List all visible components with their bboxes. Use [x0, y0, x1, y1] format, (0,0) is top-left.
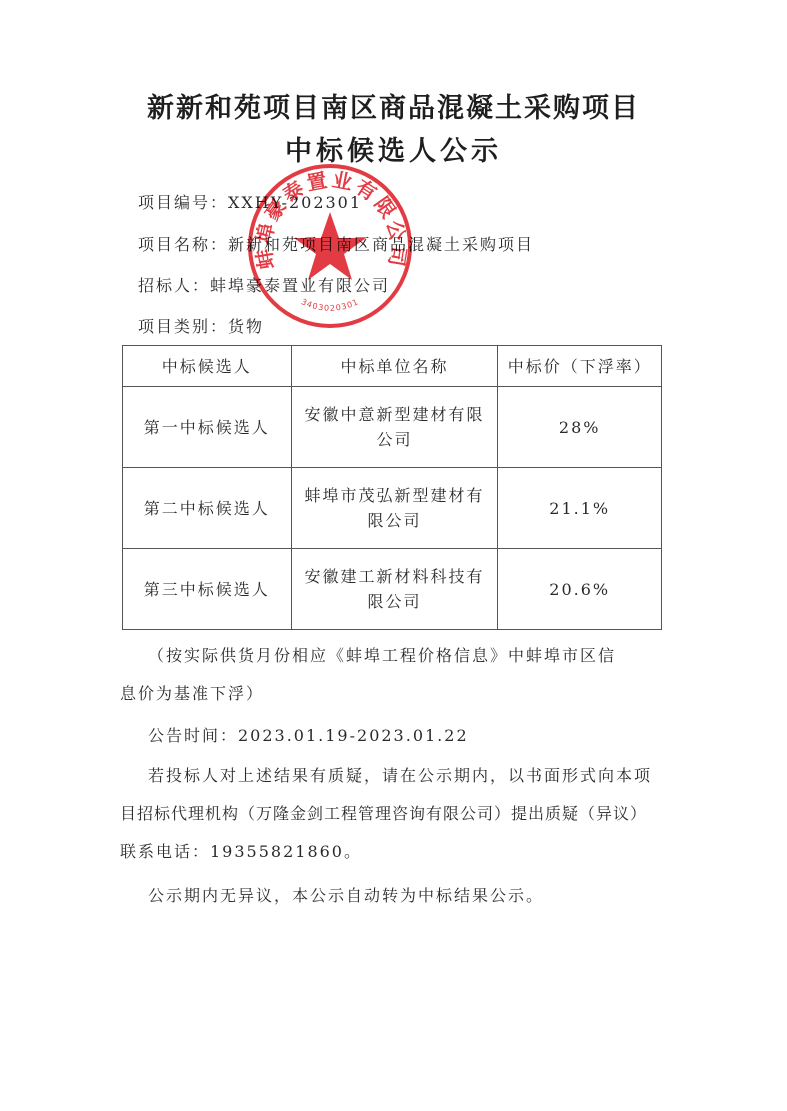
document-subtitle: 中标候选人公示	[0, 129, 787, 168]
bid-rate: 21.1%	[498, 468, 662, 549]
objection-line2: 目招标代理机构（万隆金剑工程管理咨询有限公司）提出质疑（异议）	[120, 795, 665, 833]
candidate-rank: 第一中标候选人	[123, 387, 292, 468]
company-name-line1: 安徽建工新材料科技有	[298, 564, 492, 589]
project-number-label: 项目编号：	[138, 193, 228, 212]
project-name-line: 项目名称：新新和苑项目南区商品混凝土采购项目	[138, 232, 534, 255]
company-name-line2: 限公司	[298, 508, 492, 533]
svg-text:蚌埠豪泰置业有限公司: 蚌埠豪泰置业有限公司	[251, 167, 411, 271]
announce-time: 公告时间：2023.01.19-2023.01.22	[120, 717, 665, 755]
document-title: 新新和苑项目南区商品混凝土采购项目	[0, 86, 787, 125]
project-number-value: XXHY-202301	[228, 193, 362, 212]
bid-rate: 20.6%	[498, 549, 662, 630]
tenderer-value: 蚌埠豪泰置业有限公司	[210, 276, 390, 295]
company-name: 安徽建工新材料科技有 限公司	[291, 549, 498, 630]
company-name-line2: 公司	[298, 427, 492, 452]
header-company: 中标单位名称	[291, 346, 498, 387]
closing-statement: 公示期内无异议，本公示自动转为中标结果公示。	[120, 877, 665, 915]
project-number-line: 项目编号：XXHY-202301	[138, 190, 362, 213]
candidates-table: 中标候选人 中标单位名称 中标价（下浮率） 第一中标候选人 安徽中意新型建材有限…	[122, 345, 662, 630]
contact-phone: 联系电话：19355821860。	[120, 833, 665, 871]
price-note-line1: （按实际供货月份相应《蚌埠工程价格信息》中蚌埠市区信	[120, 637, 665, 675]
objection-paragraph: 若投标人对上述结果有质疑，请在公示期内，以书面形式向本项 目招标代理机构（万隆金…	[120, 757, 665, 871]
project-category-line: 项目类别：货物	[138, 314, 264, 337]
table-header-row: 中标候选人 中标单位名称 中标价（下浮率）	[123, 346, 662, 387]
project-category-value: 货物	[228, 317, 264, 336]
closing-text: 公示期内无异议，本公示自动转为中标结果公示。	[120, 877, 665, 915]
header-candidate: 中标候选人	[123, 346, 292, 387]
tenderer-line: 招标人：蚌埠豪泰置业有限公司	[138, 273, 390, 296]
tenderer-label: 招标人：	[138, 276, 210, 295]
table-row: 第三中标候选人 安徽建工新材料科技有 限公司 20.6%	[123, 549, 662, 630]
svg-text:3403020301: 3403020301	[300, 297, 360, 313]
company-name-line1: 蚌埠市茂弘新型建材有	[298, 483, 492, 508]
company-name: 安徽中意新型建材有限 公司	[291, 387, 498, 468]
project-name-value: 新新和苑项目南区商品混凝土采购项目	[228, 235, 534, 254]
project-category-label: 项目类别：	[138, 317, 228, 336]
objection-line1: 若投标人对上述结果有质疑，请在公示期内，以书面形式向本项	[120, 757, 665, 795]
company-name-line1: 安徽中意新型建材有限	[298, 402, 492, 427]
bid-rate: 28%	[498, 387, 662, 468]
document-page: 新新和苑项目南区商品混凝土采购项目 中标候选人公示 项目编号：XXHY-2023…	[0, 0, 787, 1111]
project-name-label: 项目名称：	[138, 235, 228, 254]
price-note-line2: 息价为基准下浮）	[120, 675, 665, 713]
company-name: 蚌埠市茂弘新型建材有 限公司	[291, 468, 498, 549]
company-name-line2: 限公司	[298, 589, 492, 614]
candidate-rank: 第二中标候选人	[123, 468, 292, 549]
table-row: 第一中标候选人 安徽中意新型建材有限 公司 28%	[123, 387, 662, 468]
announce-time-text: 公告时间：2023.01.19-2023.01.22	[120, 717, 665, 755]
header-rate: 中标价（下浮率）	[498, 346, 662, 387]
table-row: 第二中标候选人 蚌埠市茂弘新型建材有 限公司 21.1%	[123, 468, 662, 549]
price-note: （按实际供货月份相应《蚌埠工程价格信息》中蚌埠市区信 息价为基准下浮）	[120, 637, 665, 713]
candidate-rank: 第三中标候选人	[123, 549, 292, 630]
